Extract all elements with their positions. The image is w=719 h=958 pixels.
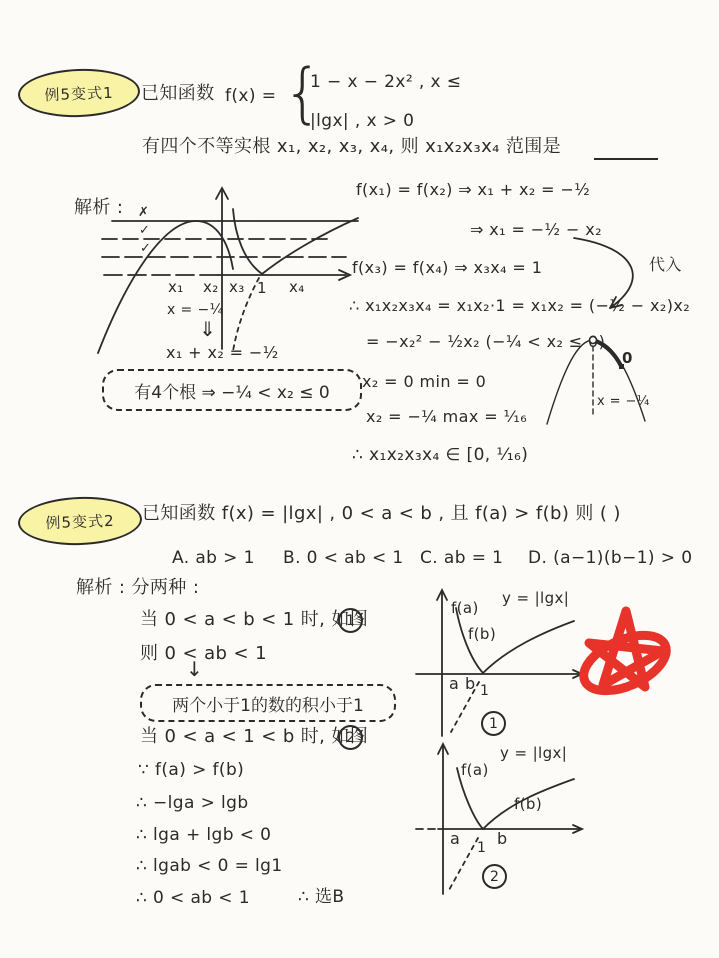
g1-figure-number: 1 <box>481 711 506 736</box>
figure2-circled-number: 2 <box>338 725 363 750</box>
p1-function-name: f(x) = <box>225 87 276 106</box>
substitution-curved-arrow-icon <box>552 228 667 316</box>
vertex-open-dot <box>590 337 597 344</box>
work-line-6: x₂ = 0 min = 0 <box>362 373 486 391</box>
answer-blank-line <box>594 158 658 160</box>
g1-one-label: 1 <box>480 684 489 699</box>
p2-note-box: 两个小于1的数的积小于1 <box>140 684 396 722</box>
p2-case1-text: 当 0 < a < b < 1 时, 如图 <box>140 610 368 630</box>
g1-curve-equation: y = |lgx| <box>502 590 569 607</box>
p2-step-1: ∵ f(a) > f(b) <box>138 761 244 780</box>
double-down-arrow-icon: ⇓ <box>199 318 216 340</box>
check-mark-icon: ✓ <box>139 224 150 238</box>
mini-graph-vertex-label: x = −¼ <box>597 395 650 409</box>
g2-fa-label: f(a) <box>461 762 489 779</box>
g1-b-label: b <box>465 675 476 693</box>
mini-graph-zero-label: 0 <box>622 350 633 367</box>
lg-increasing-branch <box>483 621 574 673</box>
xaxis-label-x1: x₁ <box>168 279 184 296</box>
figure1-circled-number: 1 <box>338 608 363 633</box>
p2-statement: 已知函数 f(x) = |lgx| , 0 < a < b , 且 f(a) >… <box>142 504 621 524</box>
p2-case2-text: 当 0 < a < 1 < b 时, 如图 <box>140 727 368 747</box>
p2-answer-choice: ∴ 选B <box>298 888 344 907</box>
g1-fa-label: f(a) <box>451 600 479 617</box>
red-star-scribble-icon <box>577 597 673 723</box>
handwritten-math-notes-page: 例5变式1 已知函数 f(x) = { 1 − x − 2x² , x ≤ |l… <box>0 0 719 958</box>
p2-case1-result: 则 0 < ab < 1 <box>140 644 267 664</box>
p1-piece-bottom: |lgx| , x > 0 <box>310 112 414 131</box>
p2-step-4: ∴ lgab < 0 = lg1 <box>136 857 283 876</box>
p1-piece-top: 1 − x − 2x² , x ≤ <box>310 73 461 92</box>
option-d: D. (a−1)(b−1) > 0 <box>528 549 692 568</box>
work-line-7: x₂ = −¼ max = ¹⁄₁₆ <box>366 408 527 426</box>
option-c: C. ab = 1 <box>420 549 503 568</box>
p1-mini-parabola-sketch <box>543 326 715 444</box>
p2-analysis-label: 解析 : 分两种 : <box>76 578 199 598</box>
g1-a-label: a <box>449 675 459 693</box>
g2-a-label: a <box>450 830 460 848</box>
sum-equation: x₁ + x₂ = −½ <box>166 344 279 362</box>
down-arrow-icon: ↓ <box>186 658 203 680</box>
g2-fb-label: f(b) <box>514 796 542 813</box>
g2-curve-equation: y = |lgx| <box>500 745 567 762</box>
p2-step-2: ∴ −lga > lgb <box>136 794 249 813</box>
cross-mark-icon: ✗ <box>138 206 149 220</box>
option-a: A. ab > 1 <box>172 549 255 568</box>
check-mark-icon: ✓ <box>140 242 151 256</box>
p1-stem-text: 有四个不等实根 x₁, x₂, x₃, x₄, 则 x₁x₂x₃x₄ 范围是 <box>142 137 561 157</box>
p1-conclusion-box: 有4个根 ⇒ −¼ < x₂ ≤ 0 <box>102 369 362 411</box>
work-line-1: f(x₁) = f(x₂) ⇒ x₁ + x₂ = −½ <box>356 181 590 199</box>
example5-variant2-tag: 例5变式2 <box>17 495 143 547</box>
xaxis-label-x4: x₄ <box>289 279 305 296</box>
xaxis-label-x2: x₂ <box>203 279 219 296</box>
highlighted-arc <box>596 341 621 366</box>
p1-roots-graph <box>82 183 362 355</box>
lg-curve-decreasing <box>233 209 262 274</box>
p1-given-text: 已知函数 <box>141 84 215 104</box>
p2-step-5: ∴ 0 < ab < 1 <box>136 889 250 908</box>
g2-figure-number: 2 <box>482 864 507 889</box>
g1-fb-label: f(b) <box>468 626 496 643</box>
xaxis-label-x3: x₃ <box>229 279 245 296</box>
p2-step-3: ∴ lga + lgb < 0 <box>136 826 271 845</box>
work-result-line: ∴ x₁x₂x₃x₄ ∈ [0, ¹⁄₁₆) <box>352 446 528 465</box>
g2-one-label: 1 <box>477 841 486 856</box>
xaxis-label-one: 1 <box>257 280 267 297</box>
g2-b-label: b <box>497 830 508 848</box>
work-line-3: f(x₃) = f(x₄) ⇒ x₃x₄ = 1 <box>352 259 542 277</box>
example5-variant1-tag: 例5变式1 <box>17 67 141 119</box>
lg-curve-increasing <box>262 218 358 274</box>
option-b: B. 0 < ab < 1 <box>283 549 404 568</box>
